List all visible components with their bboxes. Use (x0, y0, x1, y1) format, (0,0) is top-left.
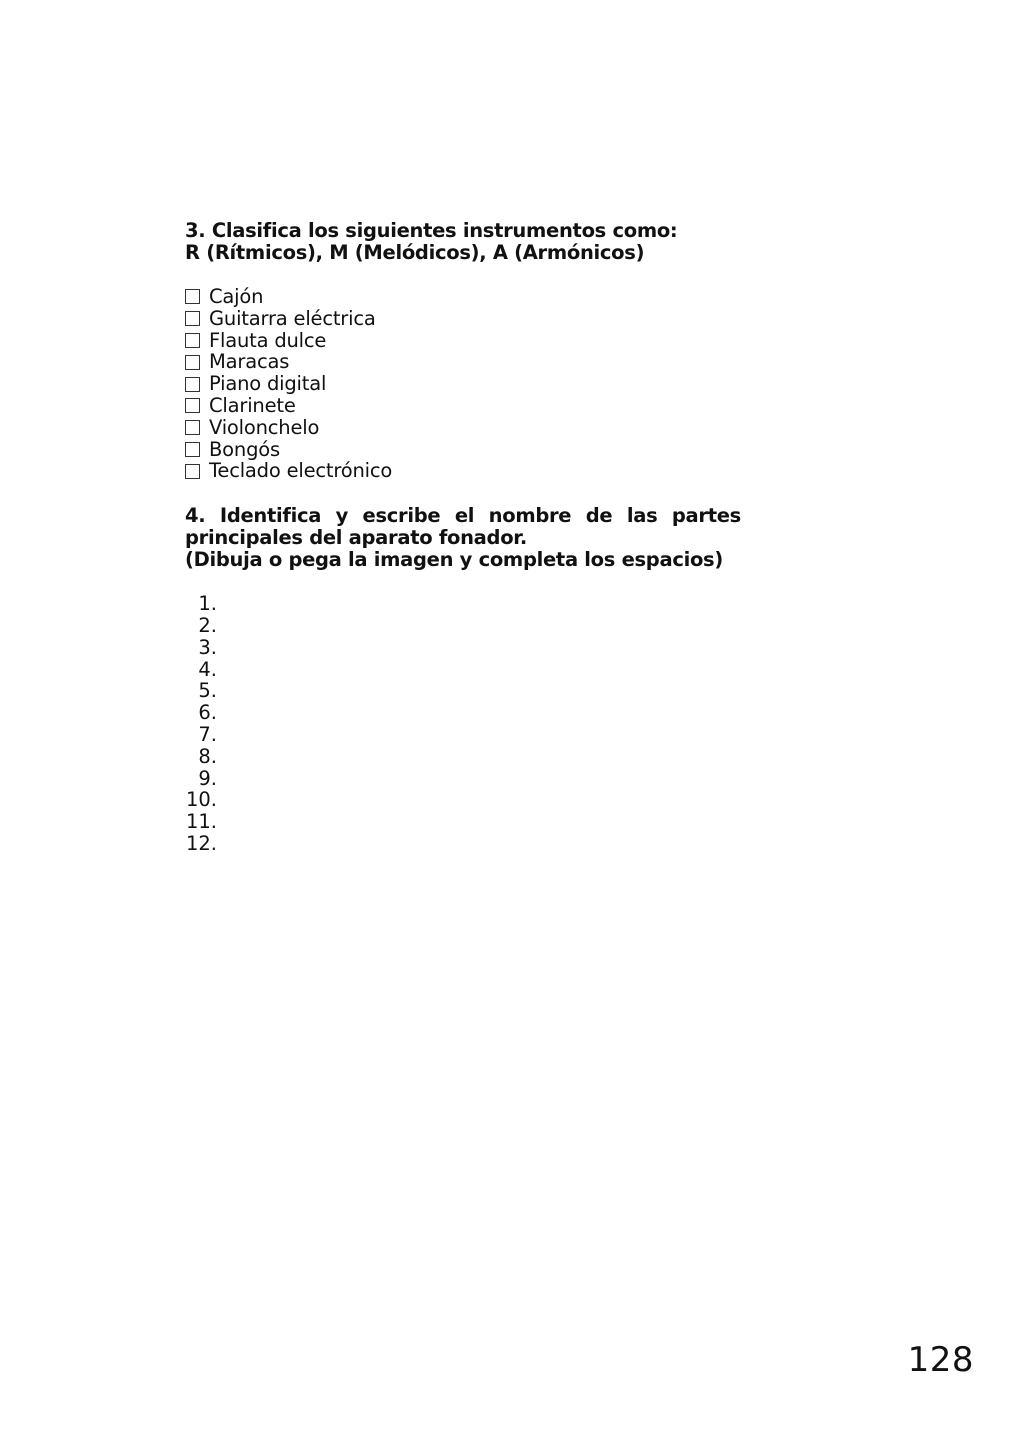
checklist-item: Guitarra eléctrica (185, 308, 741, 330)
checkbox-icon[interactable] (185, 398, 200, 413)
answer-number: 10. (185, 789, 217, 811)
answer-number: 11. (185, 811, 217, 833)
checklist-item: Piano digital (185, 373, 741, 395)
checklist-item: Teclado electrónico (185, 460, 741, 482)
answer-number: 8. (185, 746, 217, 768)
checkbox-icon[interactable] (185, 377, 200, 392)
checkbox-icon[interactable] (185, 333, 200, 348)
checklist-item: Violonchelo (185, 417, 741, 439)
answer-number: 6. (185, 702, 217, 724)
answer-number: 9. (185, 768, 217, 790)
checkbox-icon[interactable] (185, 311, 200, 326)
answer-number: 2. (185, 615, 217, 637)
checklist-item: Cajón (185, 286, 741, 308)
checklist-item-label: Flauta dulce (209, 330, 326, 352)
section-3-title: 3. Clasifica los siguientes instrumentos… (185, 220, 741, 264)
checklist-item-label: Guitarra eléctrica (209, 308, 376, 330)
section-4-title: 4. Identifica y escribe el nombre de las… (185, 505, 741, 549)
answer-number: 1. (185, 593, 217, 615)
checklist-item: Bongós (185, 439, 741, 461)
checklist-item: Flauta dulce (185, 330, 741, 352)
section-3-title-line1: 3. Clasifica los siguientes instrumentos… (185, 219, 677, 242)
checklist-item-label: Teclado electrónico (209, 460, 392, 482)
answer-number: 7. (185, 724, 217, 746)
checklist-item-label: Cajón (209, 286, 263, 308)
checklist-item-label: Clarinete (209, 395, 296, 417)
checkbox-icon[interactable] (185, 355, 200, 370)
answer-number: 3. (185, 637, 217, 659)
section-3-title-line2: R (Rítmicos), M (Melódicos), A (Armónico… (185, 241, 644, 264)
checklist-item-label: Violonchelo (209, 417, 319, 439)
section-4-subtitle: (Dibuja o pega la imagen y completa los … (185, 549, 741, 571)
answer-number: 12. (185, 833, 217, 855)
checkbox-icon[interactable] (185, 420, 200, 435)
checkbox-icon[interactable] (185, 289, 200, 304)
answer-number: 5. (185, 680, 217, 702)
page-content: 3. Clasifica los siguientes instrumentos… (185, 220, 741, 855)
checklist-item-label: Bongós (209, 439, 280, 461)
instrument-checklist: CajónGuitarra eléctricaFlauta dulceMarac… (185, 286, 741, 482)
checklist-item-label: Maracas (209, 351, 289, 373)
page-number: 128 (908, 1340, 974, 1380)
answer-list: 1.2.3.4.5.6.7.8.9.10.11.12. (185, 593, 741, 855)
checklist-item-label: Piano digital (209, 373, 326, 395)
checklist-item: Clarinete (185, 395, 741, 417)
checkbox-icon[interactable] (185, 442, 200, 457)
checkbox-icon[interactable] (185, 464, 200, 479)
answer-number: 4. (185, 659, 217, 681)
checklist-item: Maracas (185, 351, 741, 373)
